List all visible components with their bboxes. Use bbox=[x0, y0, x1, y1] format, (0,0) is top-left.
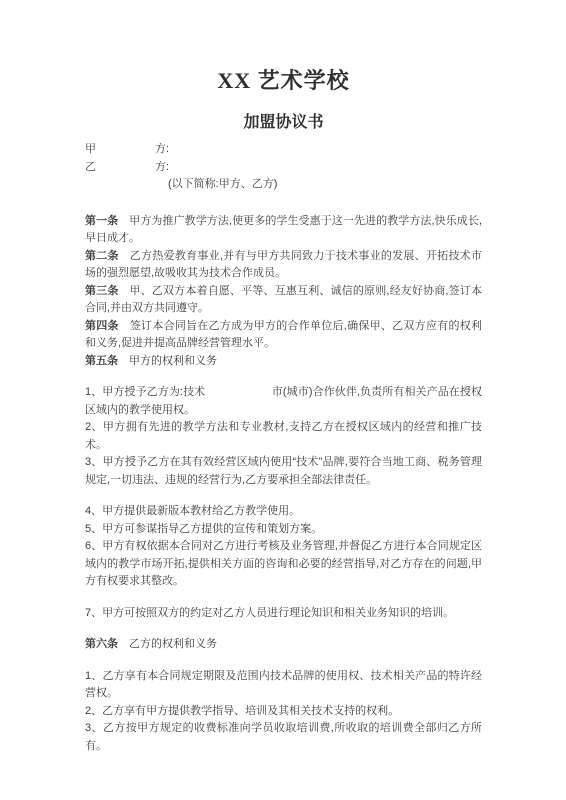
party-a-label: 甲 bbox=[85, 141, 155, 159]
contract-item: 5、甲方可参谋指导乙方提供的宣传和策划方案。 bbox=[85, 521, 482, 539]
contract-item: 1、乙方享有本合同规定期限及范围内技术品牌的使用权、技术相关产品的特许经营权。 bbox=[85, 668, 482, 703]
article-6-items-group: 1、乙方享有本合同规定期限及范围内技术品牌的使用权、技术相关产品的特许经营权。 … bbox=[85, 668, 482, 756]
article-1: 第一条甲方为推广教学方法,使更多的学生受惠于这一先进的教学方法,快乐成长,早日成… bbox=[85, 213, 482, 248]
contract-item: 4、甲方提供最新版本教材给乙方教学使用。 bbox=[85, 503, 482, 521]
articles-block: 第一条甲方为推广教学方法,使更多的学生受惠于这一先进的教学方法,快乐成长,早日成… bbox=[85, 213, 482, 371]
article-1-label: 第一条 bbox=[85, 215, 118, 227]
article-2: 第二条乙方热爱教育事业,并有与甲方共同致力于技术事业的发展、开拓技术市场的强烈愿… bbox=[85, 248, 482, 283]
article-1-text: 甲方为推广教学方法,使更多的学生受惠于这一先进的教学方法,快乐成长,早日成才。 bbox=[85, 215, 482, 245]
party-a-value: 方: bbox=[155, 143, 169, 155]
party-b-value: 方: bbox=[155, 161, 169, 173]
contract-item: 2、甲方拥有先进的教学方法和专业教材,支持乙方在授权区域内的经营和推广技术。 bbox=[85, 419, 482, 454]
contract-item: 3、甲方授予乙方在其有效经营区域内使用“技术”品牌,要符合当地工商、税务管理规定… bbox=[85, 454, 482, 489]
parties-section: 甲方: 乙方: (以下简称:甲方、乙方) bbox=[85, 141, 482, 194]
article-3: 第三条甲、乙双方本着自愿、平等、互惠互利、诚信的原则,经友好协商,签订本合同,并… bbox=[85, 283, 482, 318]
contract-item: 2、乙方享有甲方提供教学指导、培训及其相关技术支持的权利。 bbox=[85, 703, 482, 721]
article-5-heading: 第五条甲方的权利和义务 bbox=[85, 353, 482, 371]
party-b-row: 乙方: bbox=[85, 159, 482, 177]
article-3-text: 甲、乙双方本着自愿、平等、互惠互利、诚信的原则,经友好协商,签订本合同,并由双方… bbox=[85, 285, 482, 315]
article-6-heading: 第六条乙方的权利和义务 bbox=[85, 636, 482, 654]
contract-page: XX 艺术学校 加盟协议书 甲方: 乙方: (以下简称:甲方、乙方) 第一条甲方… bbox=[0, 0, 566, 800]
article-3-label: 第三条 bbox=[85, 285, 119, 297]
article-4: 第四条签订本合同旨在乙方成为甲方的合作单位后,确保甲、乙双方应有的权利和义务,促… bbox=[85, 318, 482, 353]
article-5-label: 第五条 bbox=[85, 355, 118, 367]
contract-item: 3、乙方按甲方规定的收费标准向学员收取培训费,所收取的培训费全部归乙方所有。 bbox=[85, 720, 482, 755]
article-5-items-group-2: 4、甲方提供最新版本教材给乙方教学使用。 5、甲方可参谋指导乙方提供的宣传和策划… bbox=[85, 503, 482, 591]
article-5-items-group-3: 7、甲方可按照双方的约定对乙方人员进行理论知识和相关业务知识的培训。 bbox=[85, 605, 482, 623]
party-b-label: 乙 bbox=[85, 159, 155, 177]
article-2-text: 乙方热爱教育事业,并有与甲方共同致力于技术事业的发展、开拓技术市场的强烈愿望,故… bbox=[85, 250, 482, 280]
document-title: XX 艺术学校 bbox=[85, 66, 482, 96]
party-abbreviation-note: (以下简称:甲方、乙方) bbox=[168, 176, 482, 194]
document-subtitle: 加盟协议书 bbox=[85, 113, 482, 133]
article-6-title: 乙方的权利和义务 bbox=[129, 638, 217, 650]
article-6-heading-block: 第六条乙方的权利和义务 bbox=[85, 636, 482, 654]
article-4-label: 第四条 bbox=[85, 320, 119, 332]
contract-item: 1、甲方授予乙方为:技术 市(城市)合作伙伴,负责所有相关产品在授权区域内的教学… bbox=[85, 384, 482, 419]
party-a-row: 甲方: bbox=[85, 141, 482, 159]
article-5-title: 甲方的权利和义务 bbox=[129, 355, 217, 367]
article-4-text: 签订本合同旨在乙方成为甲方的合作单位后,确保甲、乙双方应有的权利和义务,促进并提… bbox=[85, 320, 482, 350]
contract-item: 6、甲方有权依据本合同对乙方进行考核及业务管理,并督促乙方进行本合同规定区域内的… bbox=[85, 538, 482, 591]
article-5-items-group-1: 1、甲方授予乙方为:技术 市(城市)合作伙伴,负责所有相关产品在授权区域内的教学… bbox=[85, 384, 482, 489]
article-2-label: 第二条 bbox=[85, 250, 119, 262]
article-6-label: 第六条 bbox=[85, 638, 118, 650]
contract-item: 7、甲方可按照双方的约定对乙方人员进行理论知识和相关业务知识的培训。 bbox=[85, 605, 482, 623]
